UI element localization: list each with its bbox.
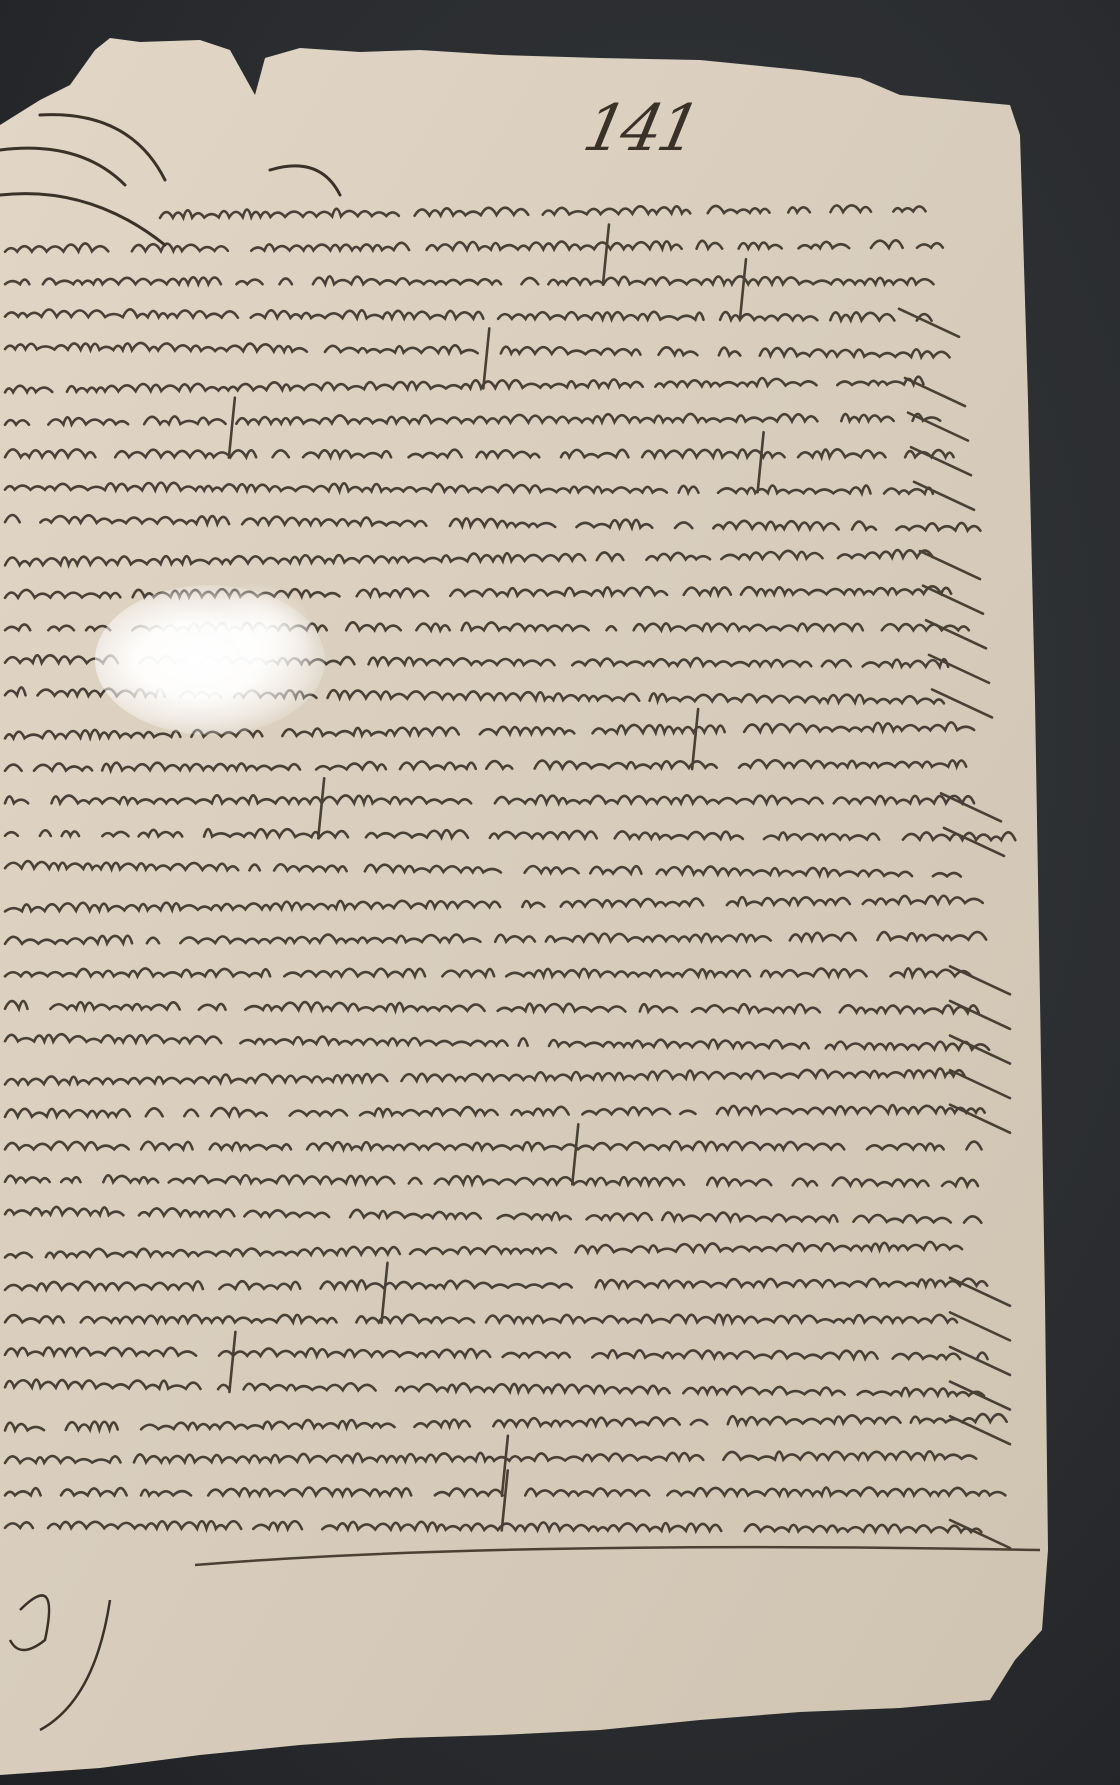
ascender-stroke <box>740 259 746 319</box>
line-end-flourish <box>944 828 1004 856</box>
line-end-flourish <box>950 1312 1010 1340</box>
ascender-stroke <box>483 328 489 388</box>
script-line <box>5 932 986 944</box>
script-line <box>5 759 966 771</box>
script-line <box>5 1068 965 1084</box>
line-end-flourish <box>905 378 965 406</box>
script-line <box>5 1487 1021 1495</box>
ascender-stroke <box>758 432 764 492</box>
notarial-flourish <box>10 1595 110 1730</box>
line-end-flourish <box>950 1070 1010 1098</box>
script-line <box>5 240 943 252</box>
script-line <box>5 549 947 565</box>
script-line <box>5 413 960 425</box>
script-line <box>5 1206 981 1222</box>
line-end-flourish <box>929 655 989 683</box>
script-line <box>5 514 980 530</box>
line-end-flourish <box>950 1382 1010 1410</box>
line-end-flourish <box>899 309 959 337</box>
script-line <box>5 860 978 876</box>
line-end-flourish <box>914 482 974 510</box>
script-line <box>5 795 974 803</box>
script-line <box>5 449 954 457</box>
line-end-flourish <box>923 586 983 614</box>
line-end-flourish <box>950 1520 1010 1548</box>
script-line <box>5 309 932 321</box>
script-line <box>5 1520 981 1532</box>
script-line <box>5 482 933 494</box>
line-end-flourish <box>950 1001 1010 1029</box>
line-end-flourish <box>920 551 980 579</box>
script-line <box>5 376 923 392</box>
script-line <box>5 1174 998 1186</box>
script-line <box>5 895 983 912</box>
line-end-flourish <box>950 1347 1010 1375</box>
line-end-flourish <box>926 620 986 648</box>
bottom-rule-line <box>195 1547 1040 1565</box>
script-line <box>5 1241 962 1257</box>
script-line <box>5 1451 976 1463</box>
script-line <box>5 1379 984 1396</box>
ascender-stroke <box>603 225 609 285</box>
ascender-stroke <box>229 398 235 458</box>
handwritten-text-block <box>0 0 1120 1785</box>
script-line <box>5 1105 985 1117</box>
script-line <box>5 341 950 357</box>
line-end-flourish <box>950 966 1010 994</box>
line-end-flourish <box>932 689 992 717</box>
line-end-flourish <box>950 1416 1010 1444</box>
ascender-stroke <box>229 1332 235 1392</box>
script-line <box>5 1141 982 1149</box>
script-line <box>5 1278 1001 1290</box>
script-line <box>5 1033 989 1049</box>
ascender-stroke <box>318 778 324 838</box>
line-end-flourish <box>908 413 968 441</box>
script-line <box>5 276 933 284</box>
script-line <box>5 1347 988 1359</box>
script-line <box>5 1315 979 1323</box>
script-line <box>5 968 971 976</box>
script-line <box>5 1414 1007 1431</box>
ascender-stroke <box>572 1124 578 1184</box>
script-line <box>5 828 1015 840</box>
script-line <box>160 204 926 218</box>
ascender-stroke <box>382 1263 388 1323</box>
script-line <box>5 1001 1000 1013</box>
